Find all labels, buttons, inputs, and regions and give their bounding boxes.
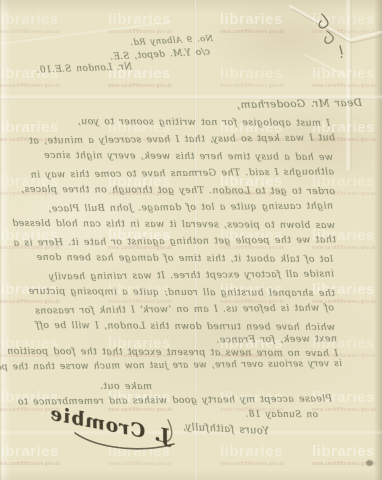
watermark-url-text: www.cardifflibraries.gov.uk	[108, 354, 172, 359]
watermark-url-text: www.cardifflibraries.gov.uk	[0, 354, 60, 359]
watermark: librarieswww.cardifflibraries.gov.uk	[312, 66, 376, 89]
watermark: librarieswww.cardifflibraries.gov.uk	[0, 66, 60, 89]
watermark-url-text: www.cardifflibraries.gov.uk	[220, 354, 284, 359]
vertical-fold-crease	[194, 0, 197, 480]
watermark-text: libraries	[0, 173, 59, 190]
watermark-url-text: www.cardifflibraries.gov.uk	[220, 84, 284, 89]
watermark: librarieswww.cardifflibraries.gov.uk	[312, 174, 376, 197]
watermark-text: libraries	[0, 389, 59, 406]
body-line: order to get to London. They got through…	[21, 184, 335, 197]
watermark-url-text: www.cardifflibraries.gov.uk	[220, 246, 284, 251]
watermark-text: libraries	[0, 65, 59, 82]
watermark-url-text: www.cardifflibraries.gov.uk	[312, 84, 376, 89]
signature-flourish	[0, 0, 382, 480]
watermark: librarieswww.cardifflibraries.gov.uk	[0, 282, 60, 305]
watermark-url-text: www.cardifflibraries.gov.uk	[220, 138, 284, 143]
watermark-url-text: www.cardifflibraries.gov.uk	[312, 30, 376, 35]
watermark: librarieswww.cardifflibraries.gov.uk	[220, 444, 284, 467]
watermark-url-text: www.cardifflibraries.gov.uk	[0, 408, 60, 413]
closing: Yours faithfully,	[183, 422, 270, 437]
watermark-text: libraries	[312, 173, 375, 190]
watermark-url-text: www.cardifflibraries.gov.uk	[0, 246, 60, 251]
watermark-text: libraries	[220, 119, 283, 136]
watermark-url-text: www.cardifflibraries.gov.uk	[108, 408, 172, 413]
body-line: which have been turned down this London,…	[35, 320, 335, 333]
watermark: librarieswww.cardifflibraries.gov.uk	[312, 390, 376, 413]
ink-spot	[366, 460, 373, 466]
watermark: librarieswww.cardifflibraries.gov.uk	[312, 282, 376, 305]
watermark: librarieswww.cardifflibraries.gov.uk	[220, 228, 284, 251]
body-line: that we the people get nothing against o…	[13, 234, 336, 248]
watermark-text: libraries	[0, 335, 59, 352]
watermark-url-text: www.cardifflibraries.gov.uk	[0, 138, 60, 143]
watermark: librarieswww.cardifflibraries.gov.uk	[0, 444, 60, 467]
watermark-text: libraries	[220, 227, 283, 244]
watermark: librarieswww.cardifflibraries.gov.uk	[108, 12, 172, 35]
watermark-text: libraries	[220, 335, 283, 352]
watermark: librarieswww.cardifflibraries.gov.uk	[220, 12, 284, 35]
watermark: librarieswww.cardifflibraries.gov.uk	[312, 12, 376, 35]
watermark-text: libraries	[108, 335, 171, 352]
watermark: librarieswww.cardifflibraries.gov.uk	[220, 282, 284, 305]
watermark: librarieswww.cardifflibraries.gov.uk	[108, 390, 172, 413]
body-line: was blown to pieces, several it was in t…	[12, 218, 335, 231]
body-line: on Sunday 18.	[245, 410, 318, 421]
body-line: I must apologise for not writing sooner …	[77, 116, 330, 129]
watermark: librarieswww.cardifflibraries.gov.uk	[312, 444, 376, 467]
watermark-url-text: www.cardifflibraries.gov.uk	[312, 246, 376, 251]
body-line: but I was kept so busy, that I have scar…	[29, 132, 335, 146]
watermark: librarieswww.cardifflibraries.gov.uk	[0, 336, 60, 359]
watermark: librarieswww.cardifflibraries.gov.uk	[312, 228, 376, 251]
watermark-text: libraries	[312, 11, 375, 28]
watermark-text: libraries	[312, 119, 375, 136]
watermark-text: libraries	[0, 11, 59, 28]
watermark: librarieswww.cardifflibraries.gov.uk	[0, 390, 60, 413]
watermark: librarieswww.cardifflibraries.gov.uk	[108, 228, 172, 251]
watermark-layer: librarieswww.cardifflibraries.gov.uklibr…	[0, 0, 382, 480]
watermark-url-text: www.cardifflibraries.gov.uk	[108, 300, 172, 305]
watermark-url-text: www.cardifflibraries.gov.uk	[0, 462, 60, 467]
watermark: librarieswww.cardifflibraries.gov.uk	[108, 336, 172, 359]
watermark-text: libraries	[108, 11, 171, 28]
horizontal-fold-crease	[0, 94, 382, 100]
watermark-url-text: www.cardifflibraries.gov.uk	[312, 408, 376, 413]
watermark-url-text: www.cardifflibraries.gov.uk	[108, 462, 172, 467]
address-line-3: Nr. London S.E.10.	[36, 62, 132, 75]
watermark: librarieswww.cardifflibraries.gov.uk	[220, 120, 284, 143]
watermark-url-text: www.cardifflibraries.gov.uk	[312, 462, 376, 467]
body-line: althoughs I said. The Germans have to co…	[30, 166, 334, 180]
body-line: I have no more news at present except th…	[7, 346, 338, 359]
watermark-text: libraries	[312, 65, 375, 82]
watermark: librarieswww.cardifflibraries.gov.uk	[0, 174, 60, 197]
watermark-url-text: www.cardifflibraries.gov.uk	[108, 84, 172, 89]
watermark-text: libraries	[312, 227, 375, 244]
watermark: librarieswww.cardifflibraries.gov.uk	[108, 444, 172, 467]
watermark-text: libraries	[108, 227, 171, 244]
body-line: the shrapnel bursting all round; quite a…	[28, 286, 335, 299]
watermark-text: libraries	[220, 173, 283, 190]
body-line: lot of talk about it, this time of damag…	[36, 252, 333, 265]
body-line: is very serious over here, we are just n…	[0, 359, 342, 373]
watermark-text: libraries	[0, 227, 59, 244]
watermark-url-text: www.cardifflibraries.gov.uk	[0, 84, 60, 89]
address-line-2: c/o Y.M. depot, S.E.	[110, 47, 211, 62]
watermark: librarieswww.cardifflibraries.gov.uk	[312, 336, 376, 359]
body-line: Please accept my hearty good wishes and …	[18, 393, 333, 407]
letter-scan-page: librarieswww.cardifflibraries.gov.uklibr…	[0, 0, 382, 480]
watermark-url-text: www.cardifflibraries.gov.uk	[220, 192, 284, 197]
vertical-crease-right	[345, 0, 352, 170]
signature: J. Crombie	[47, 402, 172, 447]
body-line: inside all factory except three. It was …	[48, 269, 334, 283]
watermark: librarieswww.cardifflibraries.gov.uk	[220, 336, 284, 359]
watermark-text: libraries	[108, 119, 171, 136]
watermark-url-text: www.cardifflibraries.gov.uk	[220, 408, 284, 413]
watermark-url-text: www.cardifflibraries.gov.uk	[108, 138, 172, 143]
watermark: librarieswww.cardifflibraries.gov.uk	[108, 282, 172, 305]
watermark-text: libraries	[220, 389, 283, 406]
watermark-url-text: www.cardifflibraries.gov.uk	[312, 138, 376, 143]
watermark-url-text: www.cardifflibraries.gov.uk	[0, 192, 60, 197]
watermark: librarieswww.cardifflibraries.gov.uk	[220, 390, 284, 413]
watermark-text: libraries	[0, 281, 59, 298]
watermark-text: libraries	[312, 281, 375, 298]
body-line: night causing quite a lot of damage. Joh…	[48, 201, 333, 215]
salutation: Dear Mr. Gooderham,	[236, 97, 362, 111]
watermark: librarieswww.cardifflibraries.gov.uk	[0, 228, 60, 251]
watermark-text: libraries	[312, 389, 375, 406]
address-line-1: No. 9 Albany Rd.	[130, 34, 213, 48]
watermark-text: libraries	[108, 65, 171, 82]
watermark-text: libraries	[220, 11, 283, 28]
watermark-url-text: www.cardifflibraries.gov.uk	[220, 300, 284, 305]
watermark-text: libraries	[108, 443, 171, 460]
mirrored-handwriting-layer: No. 9 Albany Rd.c/o Y.M. depot, S.E.Nr. …	[0, 0, 382, 480]
body-line: of what is before us. I am on 'work' I t…	[35, 302, 334, 316]
watermark: librarieswww.cardifflibraries.gov.uk	[108, 66, 172, 89]
paper-wrinkles	[0, 0, 382, 480]
body-line: we had a busy time here this week, every…	[44, 150, 333, 163]
watermark-text: libraries	[0, 443, 59, 460]
watermark-text: libraries	[108, 389, 171, 406]
body-line: make out.	[100, 381, 152, 392]
watermark: librarieswww.cardifflibraries.gov.uk	[108, 174, 172, 197]
watermark-url-text: www.cardifflibraries.gov.uk	[108, 192, 172, 197]
watermark-text: libraries	[312, 335, 375, 352]
watermark-url-text: www.cardifflibraries.gov.uk	[0, 30, 60, 35]
watermark-url-text: www.cardifflibraries.gov.uk	[220, 30, 284, 35]
watermark-url-text: www.cardifflibraries.gov.uk	[312, 354, 376, 359]
pencil-marks	[0, 0, 382, 480]
watermark-url-text: www.cardifflibraries.gov.uk	[108, 30, 172, 35]
watermark: librarieswww.cardifflibraries.gov.uk	[312, 120, 376, 143]
watermark-text: libraries	[312, 443, 375, 460]
watermark-text: libraries	[0, 119, 59, 136]
watermark: librarieswww.cardifflibraries.gov.uk	[220, 174, 284, 197]
watermark-url-text: www.cardifflibraries.gov.uk	[108, 246, 172, 251]
watermark-text: libraries	[108, 173, 171, 190]
watermark-text: libraries	[220, 443, 283, 460]
body-line: next week, for France.	[216, 333, 337, 345]
watermark-url-text: www.cardifflibraries.gov.uk	[220, 462, 284, 467]
watermark-url-text: www.cardifflibraries.gov.uk	[312, 300, 376, 305]
watermark-text: libraries	[220, 281, 283, 298]
horizontal-crease-bottom	[0, 430, 382, 435]
watermark: librarieswww.cardifflibraries.gov.uk	[108, 120, 172, 143]
watermark-url-text: www.cardifflibraries.gov.uk	[0, 300, 60, 305]
watermark: librarieswww.cardifflibraries.gov.uk	[220, 66, 284, 89]
watermark: librarieswww.cardifflibraries.gov.uk	[0, 120, 60, 143]
watermark-text: libraries	[108, 281, 171, 298]
watermark-text: libraries	[220, 65, 283, 82]
watermark-url-text: www.cardifflibraries.gov.uk	[312, 192, 376, 197]
watermark: librarieswww.cardifflibraries.gov.uk	[0, 12, 60, 35]
